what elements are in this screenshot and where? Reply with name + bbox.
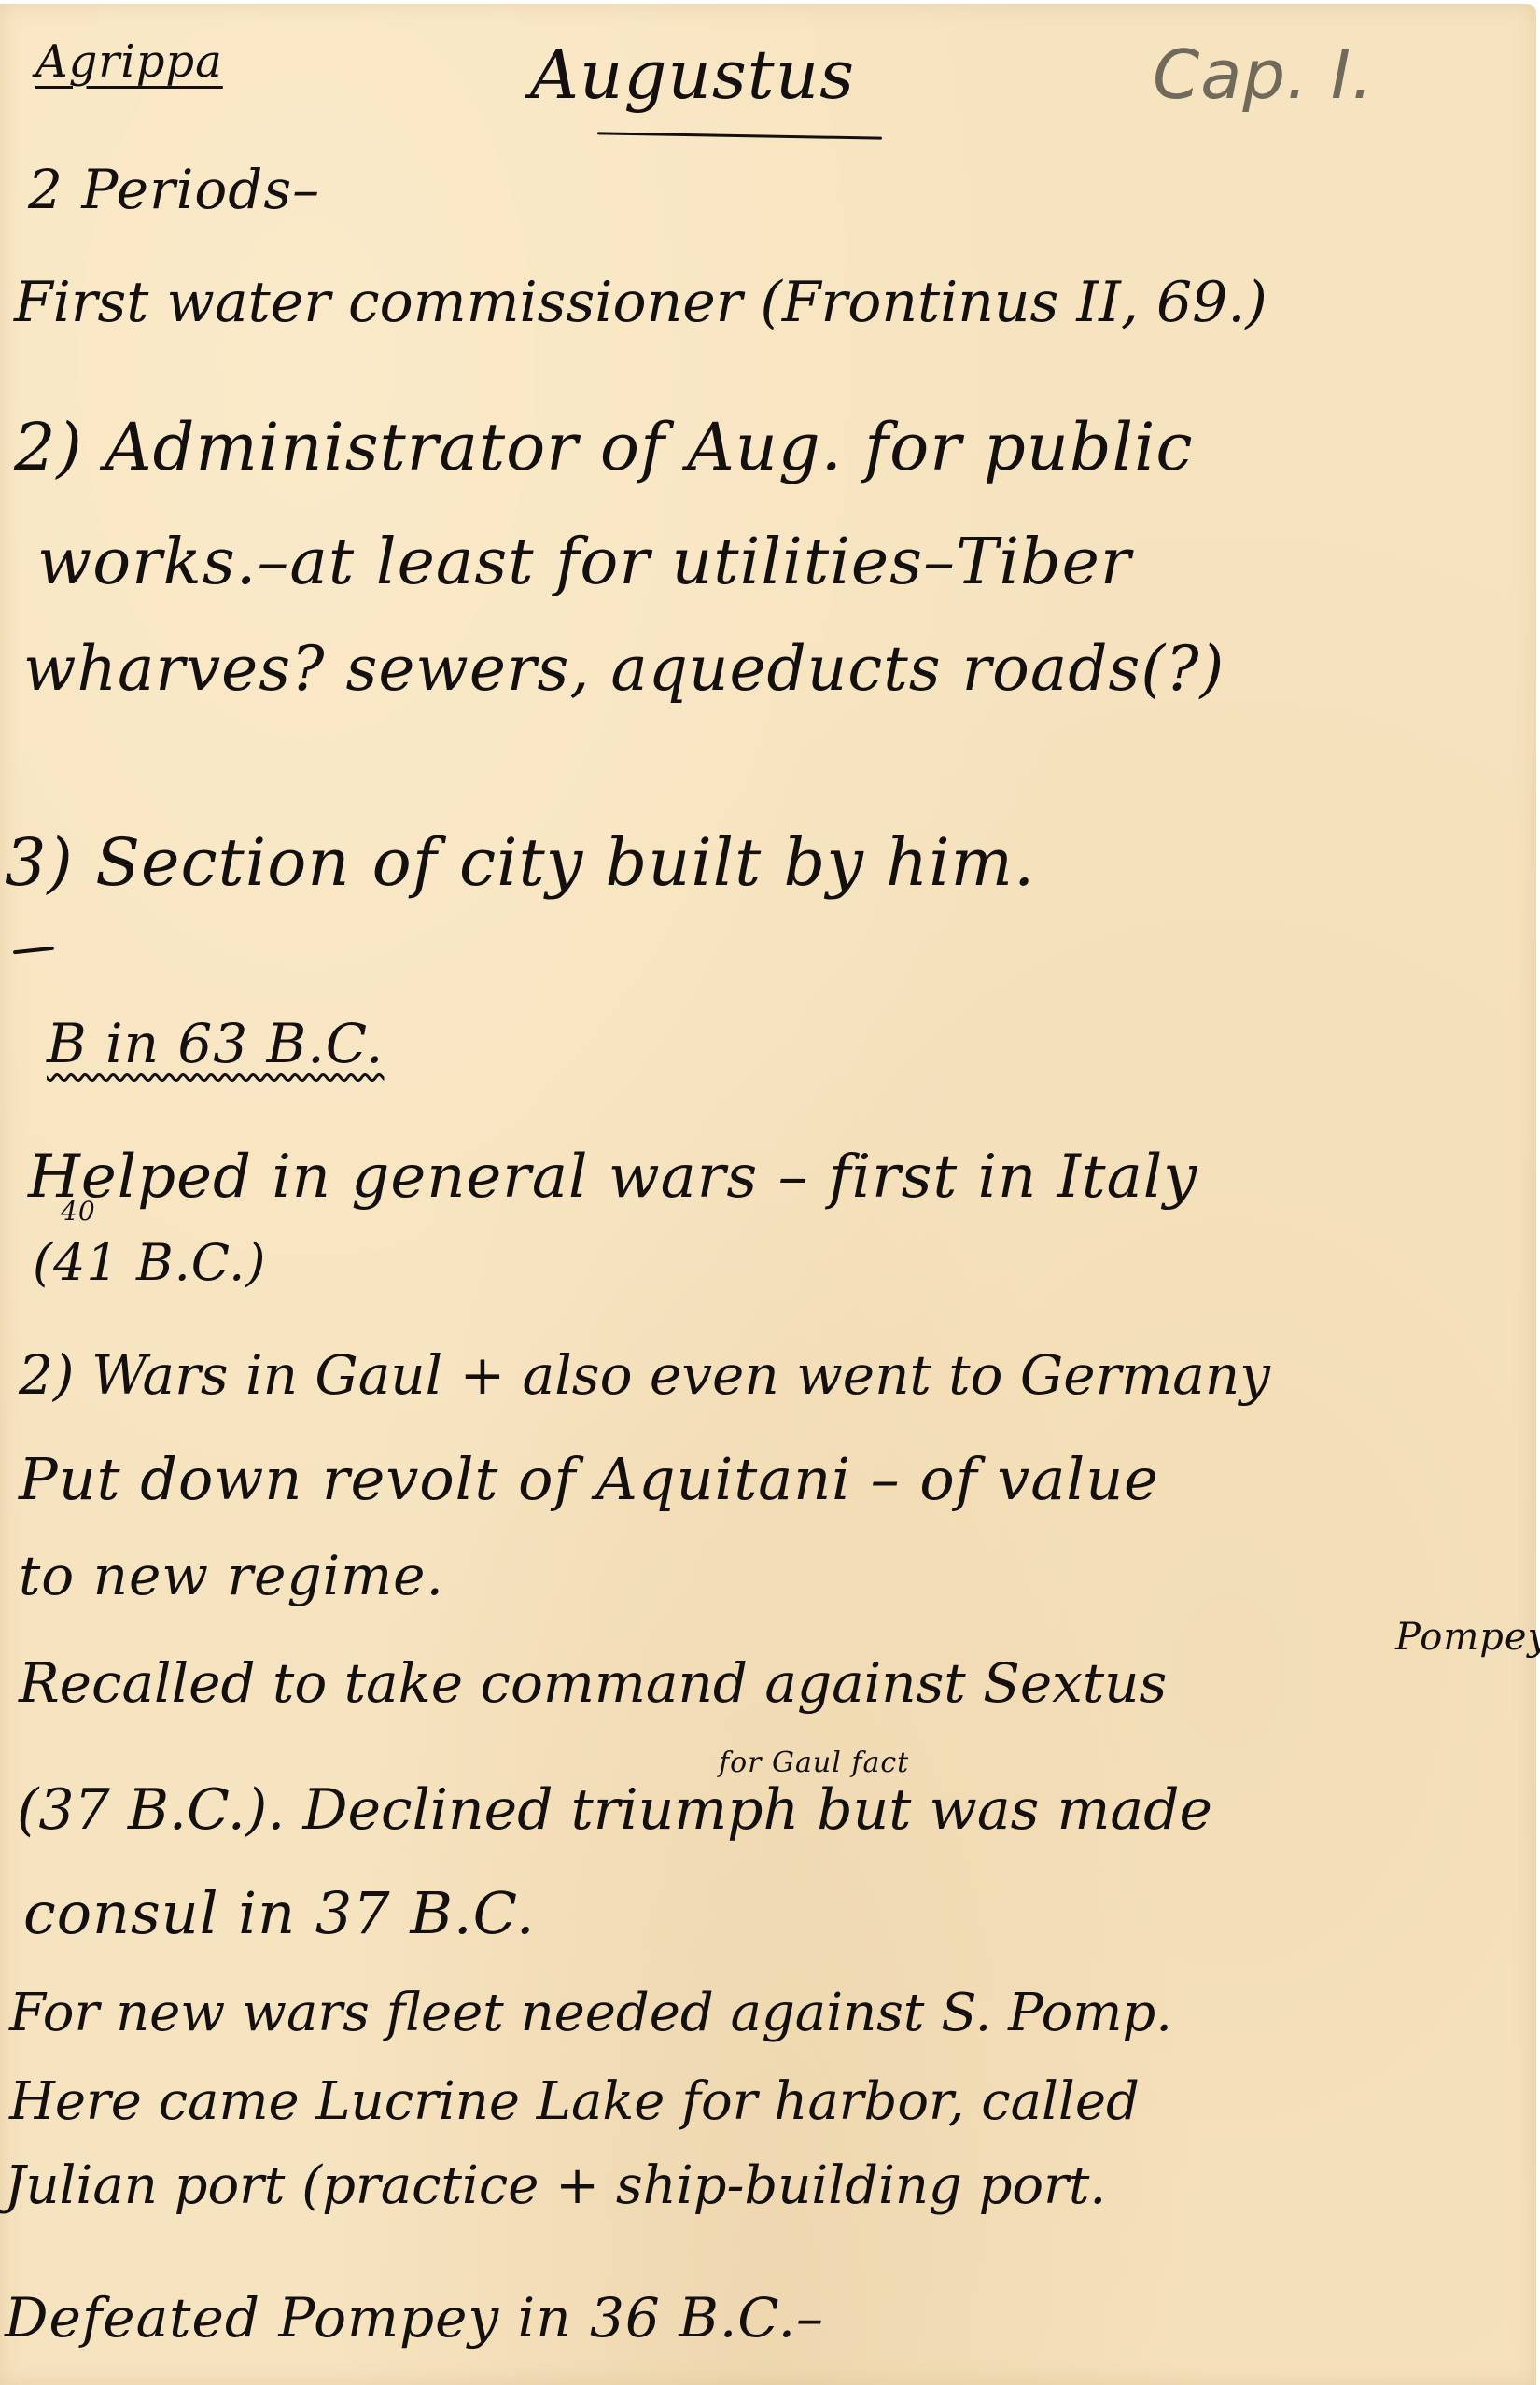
- note-line-aquitani: Put down revolt of Aquitani – of value: [19, 1451, 1159, 1508]
- note-line-consul: consul in 37 B.C.: [23, 1885, 536, 1943]
- note-line-new-regime: to new regime.: [19, 1549, 444, 1603]
- note-insert-gaul-fact: for Gaul fact: [719, 1749, 909, 1777]
- note-line-helped: Helped in general wars – first in Italy: [28, 1147, 1197, 1207]
- note-correction-40: 40: [61, 1199, 96, 1225]
- section-divider: [13, 947, 54, 955]
- note-line-city-section: 3) Section of city built by him.: [5, 830, 1035, 895]
- note-line-born: B in 63 B.C.: [47, 1017, 384, 1071]
- note-line-fleet: For new wars fleet needed against S. Pom…: [9, 1987, 1172, 2040]
- note-line-defeated-pompey: Defeated Pompey in 36 B.C.–: [5, 2291, 824, 2345]
- note-line-julian-port: Julian port (practice + ship-building po…: [5, 2160, 1106, 2212]
- note-line-41bc: (41 B.C.): [33, 1238, 266, 1288]
- note-line-public-works: works.–at least for utilities–Tiber: [37, 531, 1131, 595]
- note-line-declined-triumph: (37 B.C.). Declined triumph but was made: [17, 1782, 1212, 1838]
- note-line-wharves: wharves? sewers, aqueducts roads(?): [23, 638, 1225, 700]
- note-insert-pompey: Pompey: [1395, 1619, 1540, 1656]
- note-line-administrator: 2) Administrator of Aug. for public: [14, 414, 1194, 480]
- title-underline: [597, 132, 882, 139]
- subject-heading: Agrippa: [35, 39, 223, 84]
- note-line-wars-gaul: 2) Wars in Gaul + also even went to Germ…: [19, 1348, 1270, 1402]
- chapter-reference: Cap. I.: [1153, 41, 1374, 108]
- document-title: Augustus: [530, 41, 855, 108]
- note-line-periods: 2 Periods–: [28, 162, 320, 217]
- note-line-recalled: Recalled to take command against Sextus: [19, 1656, 1167, 1710]
- note-card: Agrippa Augustus Cap. I. 2 Periods– Firs…: [0, 4, 1536, 2385]
- note-line-lucrine-lake: Here came Lucrine Lake for harbor, calle…: [9, 2076, 1140, 2128]
- note-line-water-commissioner: First water commissioner (Frontinus II, …: [14, 274, 1267, 330]
